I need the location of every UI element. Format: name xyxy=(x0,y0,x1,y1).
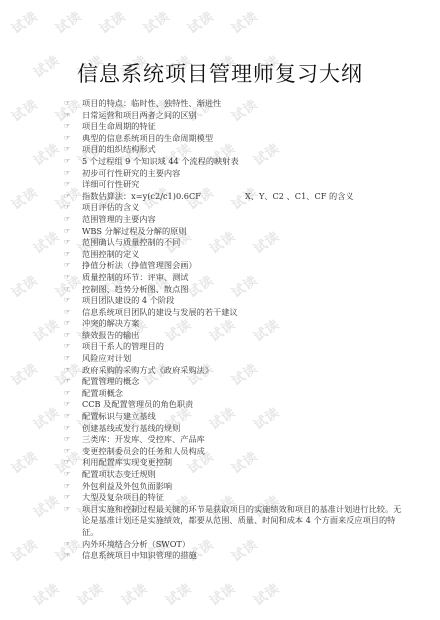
outline-item-label: 政府采购的采购方式《政府采购法》 xyxy=(82,365,213,375)
pointing-hand-icon: ☞ xyxy=(64,539,82,551)
outline-item-label: 配置管理的概念 xyxy=(82,376,139,386)
pointing-hand-icon: ☞ xyxy=(64,307,82,319)
outline-item-label: 项目评估的含义 xyxy=(82,202,139,212)
outline-item-label: WBS 分解过程及分解的原则 xyxy=(82,226,187,236)
outline-item: ☞详细可行性研究 xyxy=(64,179,409,191)
pointing-hand-icon: ☞ xyxy=(64,550,82,562)
pointing-hand-icon: ☞ xyxy=(64,388,82,400)
outline-item-label: 绩效报告的输出 xyxy=(82,330,139,340)
outline-item: ☞利用配置库实现变更控制 xyxy=(64,457,409,469)
outline-item-label: 范围确认与质量控制的不同 xyxy=(82,237,180,247)
outline-item-label: 项目的特点：临时性、独特性、渐进性 xyxy=(82,98,221,108)
outline-item: ☞冲突的解决方案 xyxy=(64,318,409,330)
pointing-hand-icon: ☞ xyxy=(64,202,82,214)
watermark-text: 试读 xyxy=(249,578,283,610)
watermark-text: 试读 xyxy=(7,358,41,390)
outline-item-label: 项目团队建设的 4 个阶段 xyxy=(82,295,174,305)
outline-item: ☞变更控制委员会的任务和人员构成 xyxy=(64,446,409,458)
outline-item-text: 内外环境结合分析（SWOT） xyxy=(82,539,409,551)
pointing-hand-icon: ☞ xyxy=(64,249,82,261)
outline-item-label: 指数估算法：x=y(c2/c1)0.6CF xyxy=(82,191,201,201)
outline-item-text: 利用配置库实现变更控制 xyxy=(82,457,409,469)
outline-item-text: 绩效报告的输出 xyxy=(82,330,409,342)
outline-item-label: 三类库：开发库、受控库、产品库 xyxy=(82,434,205,444)
outline-item-label: 项目干系人的管理目的 xyxy=(82,341,164,351)
pointing-hand-icon: ☞ xyxy=(64,504,82,516)
outline-item-text: 外包利益及外包负面影响 xyxy=(82,481,409,493)
pointing-hand-icon: ☞ xyxy=(64,411,82,423)
outline-item-text: 范围管理的主要内容 xyxy=(82,214,409,226)
outline-item-label: 冲突的解决方案 xyxy=(82,318,139,328)
watermark-text: 试读 xyxy=(73,578,107,610)
outline-item-text: 范围控制的定义 xyxy=(82,249,409,261)
outline-item: ☞风险应对计划 xyxy=(64,353,409,365)
watermark-text: 试读 xyxy=(95,6,129,38)
outline-item-text: 项目评估的含义 xyxy=(82,202,409,214)
pointing-hand-icon: ☞ xyxy=(64,341,82,353)
pointing-hand-icon: ☞ xyxy=(64,376,82,388)
outline-item-text: 项目实施和控制过程最关键的环节是获取项目的实施绩效和项目的基准计划进行比较。无论… xyxy=(82,504,409,539)
page-title: 信息系统项目管理师复习大纲 xyxy=(0,58,440,88)
watermark-text: 试读 xyxy=(7,94,41,126)
pointing-hand-icon: ☞ xyxy=(64,423,82,435)
pointing-hand-icon: ☞ xyxy=(64,457,82,469)
pointing-hand-icon: ☞ xyxy=(64,272,82,284)
outline-item-text: 挣值分析法（挣值管理图会画） xyxy=(82,260,409,272)
outline-item-text: 指数估算法：x=y(c2/c1)0.6CFX、Y、C2 、C1、CF 的含义 xyxy=(82,191,409,203)
outline-item-text: 配置项状态变迁规则 xyxy=(82,469,409,481)
outline-item-label: 项目生命周期的特征 xyxy=(82,121,156,131)
outline-item: ☞信息系统项目中知识管理的措施 xyxy=(64,550,409,562)
outline-item: ☞初步可行性研究的主要内容 xyxy=(64,168,409,180)
pointing-hand-icon: ☞ xyxy=(64,156,82,168)
outline-item-text: 项目团队建设的 4 个阶段 xyxy=(82,295,409,307)
outline-item-label: 信息系统项目中知识管理的措施 xyxy=(82,550,197,560)
outline-item-text: 详细可行性研究 xyxy=(82,179,409,191)
pointing-hand-icon: ☞ xyxy=(64,214,82,226)
pointing-hand-icon: ☞ xyxy=(64,481,82,493)
outline-item: ☞配置管理的概念 xyxy=(64,376,409,388)
outline-item-text: 创建基线或发行基线的规则 xyxy=(82,423,409,435)
outline-item: ☞项目生命周期的特征 xyxy=(64,121,409,133)
watermark-text: 试读 xyxy=(7,534,41,566)
outline-item-label: 项目的组织结构形式 xyxy=(82,144,156,154)
watermark-text: 试读 xyxy=(7,446,41,478)
watermark-text: 试读 xyxy=(7,270,41,302)
pointing-hand-icon: ☞ xyxy=(64,434,82,446)
outline-item-label: 外包利益及外包负面影响 xyxy=(82,481,172,491)
outline-item: ☞5 个过程组 9 个知识域 44 个流程的映射表 xyxy=(64,156,409,168)
outline-item-label: 初步可行性研究的主要内容 xyxy=(82,168,180,178)
outline-item: ☞配置项状态变迁规则 xyxy=(64,469,409,481)
pointing-hand-icon: ☞ xyxy=(64,492,82,504)
pointing-hand-icon: ☞ xyxy=(64,191,82,203)
pointing-hand-icon: ☞ xyxy=(64,469,82,481)
outline-list: ☞项目的特点：临时性、独特性、渐进性☞日常运营和项目两者之间的区别☞项目生命周期… xyxy=(64,98,409,562)
outline-item: ☞项目的组织结构形式 xyxy=(64,144,409,156)
outline-item-label: 大型及复杂项目的特征 xyxy=(82,492,164,502)
watermark-text: 试读 xyxy=(29,490,63,522)
outline-item-label: 配置项概念 xyxy=(82,388,123,398)
outline-item-text: 信息系统项目团队的建设与发展的若干建议 xyxy=(82,307,409,319)
outline-item: ☞日常运营和项目两者之间的区别 xyxy=(64,110,409,122)
outline-item-label: 内外环境结合分析（SWOT） xyxy=(82,539,190,549)
pointing-hand-icon: ☞ xyxy=(64,179,82,191)
pointing-hand-icon: ☞ xyxy=(64,260,82,272)
outline-item-note: X、Y、C2 、C1、CF 的含义 xyxy=(245,191,354,201)
outline-item-text: 大型及复杂项目的特征 xyxy=(82,492,409,504)
outline-item: ☞范围控制的定义 xyxy=(64,249,409,261)
watermark-text: 试读 xyxy=(7,182,41,214)
outline-item: ☞配置项概念 xyxy=(64,388,409,400)
watermark-text: 试读 xyxy=(139,6,173,38)
outline-item-text: 典型的信息系统项目的生命周期模型 xyxy=(82,133,409,145)
outline-item-text: 5 个过程组 9 个知识域 44 个流程的映射表 xyxy=(82,156,409,168)
outline-item: ☞典型的信息系统项目的生命周期模型 xyxy=(64,133,409,145)
outline-item-label: 创建基线或发行基线的规则 xyxy=(82,423,180,433)
pointing-hand-icon: ☞ xyxy=(64,330,82,342)
pointing-hand-icon: ☞ xyxy=(64,365,82,377)
outline-item-text: 日常运营和项目两者之间的区别 xyxy=(82,110,409,122)
outline-item-text: 质量控制的环节：评审、测试 xyxy=(82,272,409,284)
outline-item-text: CCB 及配置管理员的角色职责 xyxy=(82,399,409,411)
outline-item-text: 项目的组织结构形式 xyxy=(82,144,409,156)
watermark-text: 试读 xyxy=(117,578,151,610)
outline-item: ☞CCB 及配置管理员的角色职责 xyxy=(64,399,409,411)
outline-item-label: 详细可行性研究 xyxy=(82,179,139,189)
watermark-text: 试读 xyxy=(29,226,63,258)
outline-item: ☞大型及复杂项目的特征 xyxy=(64,492,409,504)
watermark-text: 试读 xyxy=(7,6,41,38)
outline-item: ☞WBS 分解过程及分解的原则 xyxy=(64,226,409,238)
watermark-text: 试读 xyxy=(29,402,63,434)
outline-item-label: 质量控制的环节：评审、测试 xyxy=(82,272,188,282)
outline-item: ☞项目实施和控制过程最关键的环节是获取项目的实施绩效和项目的基准计划进行比较。无… xyxy=(64,504,409,539)
outline-item: ☞项目的特点：临时性、独特性、渐进性 xyxy=(64,98,409,110)
outline-item: ☞项目评估的含义 xyxy=(64,202,409,214)
pointing-hand-icon: ☞ xyxy=(64,144,82,156)
outline-item-label: 配置标识与建立基线 xyxy=(82,411,156,421)
watermark-text: 试读 xyxy=(29,578,63,610)
pointing-hand-icon: ☞ xyxy=(64,399,82,411)
outline-item-label: 5 个过程组 9 个知识域 44 个流程的映射表 xyxy=(82,156,239,166)
outline-item-label: CCB 及配置管理员的角色职责 xyxy=(82,399,193,409)
watermark-text: 试读 xyxy=(51,6,85,38)
pointing-hand-icon: ☞ xyxy=(64,284,82,296)
watermark-text: 试读 xyxy=(183,6,217,38)
outline-item: ☞项目干系人的管理目的 xyxy=(64,341,409,353)
watermark-text: 试读 xyxy=(29,314,63,346)
outline-item: ☞挣值分析法（挣值管理图会画） xyxy=(64,260,409,272)
outline-item-text: 初步可行性研究的主要内容 xyxy=(82,168,409,180)
pointing-hand-icon: ☞ xyxy=(64,133,82,145)
outline-item-label: 利用配置库实现变更控制 xyxy=(82,457,172,467)
watermark-text: 试读 xyxy=(205,578,239,610)
outline-item-text: 三类库：开发库、受控库、产品库 xyxy=(82,434,409,446)
outline-item: ☞控制图、趋势分析图、散点图 xyxy=(64,284,409,296)
outline-item-text: 项目的特点：临时性、独特性、渐进性 xyxy=(82,98,409,110)
outline-item: ☞质量控制的环节：评审、测试 xyxy=(64,272,409,284)
outline-item-label: 配置项状态变迁规则 xyxy=(82,469,156,479)
outline-item-text: 项目干系人的管理目的 xyxy=(82,341,409,353)
outline-item: ☞三类库：开发库、受控库、产品库 xyxy=(64,434,409,446)
pointing-hand-icon: ☞ xyxy=(64,353,82,365)
outline-item-label: 范围控制的定义 xyxy=(82,249,139,259)
outline-item-text: 风险应对计划 xyxy=(82,353,409,365)
pointing-hand-icon: ☞ xyxy=(64,237,82,249)
outline-item-text: 项目生命周期的特征 xyxy=(82,121,409,133)
outline-item: ☞创建基线或发行基线的规则 xyxy=(64,423,409,435)
outline-item-label: 变更控制委员会的任务和人员构成 xyxy=(82,446,205,456)
outline-item: ☞配置标识与建立基线 xyxy=(64,411,409,423)
outline-item-text: 范围确认与质量控制的不同 xyxy=(82,237,409,249)
outline-item-label: 信息系统项目团队的建设与发展的若干建议 xyxy=(82,307,238,317)
watermark-text: 试读 xyxy=(227,6,261,38)
outline-item-label: 控制图、趋势分析图、散点图 xyxy=(82,284,188,294)
pointing-hand-icon: ☞ xyxy=(64,168,82,180)
outline-item: ☞指数估算法：x=y(c2/c1)0.6CFX、Y、C2 、C1、CF 的含义 xyxy=(64,191,409,203)
outline-item-text: 信息系统项目中知识管理的措施 xyxy=(82,550,409,562)
outline-item: ☞绩效报告的输出 xyxy=(64,330,409,342)
outline-item-text: WBS 分解过程及分解的原则 xyxy=(82,226,409,238)
outline-item-text: 政府采购的采购方式《政府采购法》 xyxy=(82,365,409,377)
pointing-hand-icon: ☞ xyxy=(64,295,82,307)
outline-item: ☞信息系统项目团队的建设与发展的若干建议 xyxy=(64,307,409,319)
pointing-hand-icon: ☞ xyxy=(64,121,82,133)
outline-item: ☞项目团队建设的 4 个阶段 xyxy=(64,295,409,307)
outline-item-label: 典型的信息系统项目的生命周期模型 xyxy=(82,133,213,143)
outline-item: ☞范围管理的主要内容 xyxy=(64,214,409,226)
outline-item-text: 变更控制委员会的任务和人员构成 xyxy=(82,446,409,458)
outline-item-label: 日常运营和项目两者之间的区别 xyxy=(82,110,197,120)
outline-item: ☞范围确认与质量控制的不同 xyxy=(64,237,409,249)
outline-item: ☞政府采购的采购方式《政府采购法》 xyxy=(64,365,409,377)
watermark-text: 试读 xyxy=(29,138,63,170)
pointing-hand-icon: ☞ xyxy=(64,110,82,122)
outline-item-text: 控制图、趋势分析图、散点图 xyxy=(82,284,409,296)
outline-item-text: 冲突的解决方案 xyxy=(82,318,409,330)
pointing-hand-icon: ☞ xyxy=(64,318,82,330)
pointing-hand-icon: ☞ xyxy=(64,98,82,110)
pointing-hand-icon: ☞ xyxy=(64,446,82,458)
outline-item-label: 项目实施和控制过程最关键的环节是获取项目的实施绩效和项目的基准计划进行比较。无论… xyxy=(82,504,401,537)
outline-item: ☞内外环境结合分析（SWOT） xyxy=(64,539,409,551)
outline-item-label: 范围管理的主要内容 xyxy=(82,214,156,224)
pointing-hand-icon: ☞ xyxy=(64,226,82,238)
watermark-text: 试读 xyxy=(161,578,195,610)
outline-item-label: 挣值分析法（挣值管理图会画） xyxy=(82,260,197,270)
outline-item-label: 风险应对计划 xyxy=(82,353,131,363)
outline-item: ☞外包利益及外包负面影响 xyxy=(64,481,409,493)
outline-item-text: 配置标识与建立基线 xyxy=(82,411,409,423)
outline-item-text: 配置管理的概念 xyxy=(82,376,409,388)
outline-item-text: 配置项概念 xyxy=(82,388,409,400)
